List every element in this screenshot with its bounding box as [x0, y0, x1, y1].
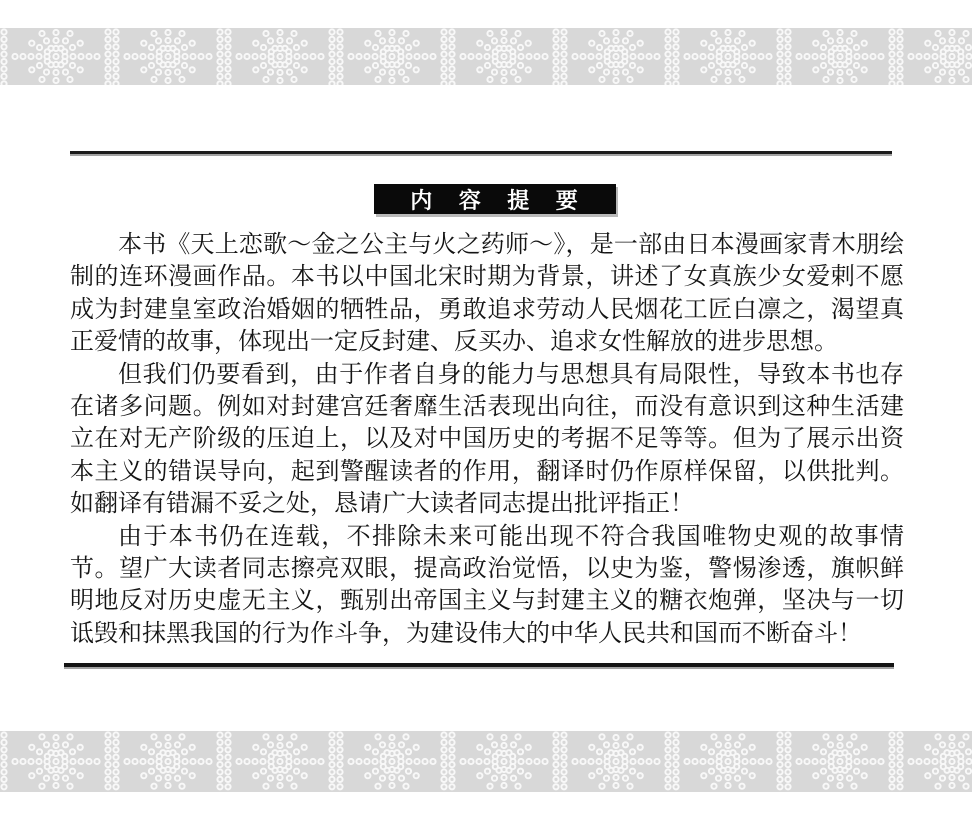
- double-rule-top: [70, 151, 892, 156]
- book-page: 内 容 提 要 本书《天上恋歌～金之公主与火之药师～》，是一部由日本漫画家青木朋…: [0, 0, 972, 823]
- summary-paragraph-1: 本书《天上恋歌～金之公主与火之药师～》，是一部由日本漫画家青木朋绘制的连环漫画作…: [70, 229, 904, 359]
- lace-border-bottom: [0, 731, 972, 792]
- summary-paragraph-2: 但我们仍要看到，由于作者自身的能力与思想具有局限性，导致本书也存在诸多问题。例如…: [70, 359, 904, 521]
- summary-paragraph-3: 由于本书仍在连载，不排除未来可能出现不符合我国唯物史观的故事情节。望广大读者同志…: [70, 521, 904, 651]
- section-title-box: 内 容 提 要: [374, 184, 616, 214]
- lace-border-top: [0, 28, 972, 85]
- summary-content: 本书《天上恋歌～金之公主与火之药师～》，是一部由日本漫画家青木朋绘制的连环漫画作…: [70, 229, 904, 650]
- section-title: 内 容 提 要: [410, 184, 580, 215]
- double-rule-bottom: [64, 663, 894, 669]
